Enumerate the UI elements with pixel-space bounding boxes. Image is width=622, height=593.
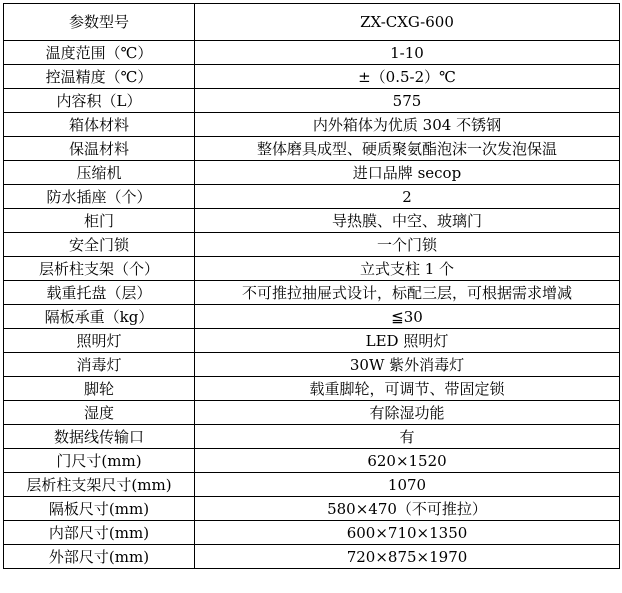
row-label-cell: 箱体材料 xyxy=(4,113,195,137)
row-label-cell: 数据线传输口 xyxy=(4,425,195,449)
row-label-cell: 消毒灯 xyxy=(4,353,195,377)
header-value-cell: ZX-CXG-600 xyxy=(195,4,620,41)
spec-table-body: 参数型号 ZX-CXG-600 温度范围（℃） 1-10 控温精度（℃） ±（0… xyxy=(4,4,620,569)
row-label-cell: 保温材料 xyxy=(4,137,195,161)
table-row: 照明灯 LED 照明灯 xyxy=(4,329,620,353)
table-row: 柜门 导热膜、中空、玻璃门 xyxy=(4,209,620,233)
table-row: 保温材料 整体磨具成型、硬质聚氨酯泡沫一次发泡保温 xyxy=(4,137,620,161)
table-row: 层析柱支架尺寸(mm) 1070 xyxy=(4,473,620,497)
table-row: 内部尺寸(mm) 600×710×1350 xyxy=(4,521,620,545)
table-row: 门尺寸(mm) 620×1520 xyxy=(4,449,620,473)
row-value-cell: 620×1520 xyxy=(195,449,620,473)
row-label-cell: 湿度 xyxy=(4,401,195,425)
row-value-cell: 有除湿功能 xyxy=(195,401,620,425)
row-value-cell: ±（0.5-2）℃ xyxy=(195,65,620,89)
row-value-cell: 不可推拉抽屉式设计，标配三层，可根据需求增减 xyxy=(195,281,620,305)
row-value-cell: ≦30 xyxy=(195,305,620,329)
row-value-cell: 1-10 xyxy=(195,41,620,65)
table-row: 控温精度（℃） ±（0.5-2）℃ xyxy=(4,65,620,89)
table-row: 隔板尺寸(mm) 580×470（不可推拉） xyxy=(4,497,620,521)
row-label-cell: 外部尺寸(mm) xyxy=(4,545,195,569)
table-row: 压缩机 进口品牌 secop xyxy=(4,161,620,185)
row-label-cell: 隔板尺寸(mm) xyxy=(4,497,195,521)
table-row: 外部尺寸(mm) 720×875×1970 xyxy=(4,545,620,569)
row-value-cell: 720×875×1970 xyxy=(195,545,620,569)
row-label-cell: 控温精度（℃） xyxy=(4,65,195,89)
row-label-cell: 载重托盘（层） xyxy=(4,281,195,305)
table-row: 脚轮 载重脚轮，可调节、带固定锁 xyxy=(4,377,620,401)
table-row: 温度范围（℃） 1-10 xyxy=(4,41,620,65)
row-label-cell: 层析柱支架尺寸(mm) xyxy=(4,473,195,497)
row-label-cell: 防水插座（个） xyxy=(4,185,195,209)
row-value-cell: 575 xyxy=(195,89,620,113)
row-label-cell: 柜门 xyxy=(4,209,195,233)
row-label-cell: 层析柱支架（个） xyxy=(4,257,195,281)
row-value-cell: 2 xyxy=(195,185,620,209)
row-label-cell: 照明灯 xyxy=(4,329,195,353)
row-label-cell: 压缩机 xyxy=(4,161,195,185)
row-label-cell: 门尺寸(mm) xyxy=(4,449,195,473)
row-label-cell: 隔板承重（kg） xyxy=(4,305,195,329)
row-label-cell: 温度范围（℃） xyxy=(4,41,195,65)
row-label-cell: 内部尺寸(mm) xyxy=(4,521,195,545)
table-row: 安全门锁 一个门锁 xyxy=(4,233,620,257)
row-value-cell: 一个门锁 xyxy=(195,233,620,257)
header-label-cell: 参数型号 xyxy=(4,4,195,41)
row-value-cell: LED 照明灯 xyxy=(195,329,620,353)
row-label-cell: 安全门锁 xyxy=(4,233,195,257)
row-value-cell: 内外箱体为优质 304 不锈钢 xyxy=(195,113,620,137)
row-value-cell: 有 xyxy=(195,425,620,449)
table-row: 消毒灯 30W 紫外消毒灯 xyxy=(4,353,620,377)
row-value-cell: 导热膜、中空、玻璃门 xyxy=(195,209,620,233)
row-value-cell: 进口品牌 secop xyxy=(195,161,620,185)
table-row: 湿度 有除湿功能 xyxy=(4,401,620,425)
row-label-cell: 内容积（L） xyxy=(4,89,195,113)
table-row: 箱体材料 内外箱体为优质 304 不锈钢 xyxy=(4,113,620,137)
row-value-cell: 立式支柱 1 个 xyxy=(195,257,620,281)
row-value-cell: 30W 紫外消毒灯 xyxy=(195,353,620,377)
table-row: 载重托盘（层） 不可推拉抽屉式设计，标配三层，可根据需求增减 xyxy=(4,281,620,305)
row-value-cell: 整体磨具成型、硬质聚氨酯泡沫一次发泡保温 xyxy=(195,137,620,161)
row-value-cell: 580×470（不可推拉） xyxy=(195,497,620,521)
row-value-cell: 载重脚轮，可调节、带固定锁 xyxy=(195,377,620,401)
row-label-cell: 脚轮 xyxy=(4,377,195,401)
table-row: 防水插座（个） 2 xyxy=(4,185,620,209)
table-row: 隔板承重（kg） ≦30 xyxy=(4,305,620,329)
table-row: 数据线传输口 有 xyxy=(4,425,620,449)
table-row: 内容积（L） 575 xyxy=(4,89,620,113)
table-row: 层析柱支架（个） 立式支柱 1 个 xyxy=(4,257,620,281)
spec-table: 参数型号 ZX-CXG-600 温度范围（℃） 1-10 控温精度（℃） ±（0… xyxy=(3,3,620,569)
row-value-cell: 1070 xyxy=(195,473,620,497)
row-value-cell: 600×710×1350 xyxy=(195,521,620,545)
table-header-row: 参数型号 ZX-CXG-600 xyxy=(4,4,620,41)
